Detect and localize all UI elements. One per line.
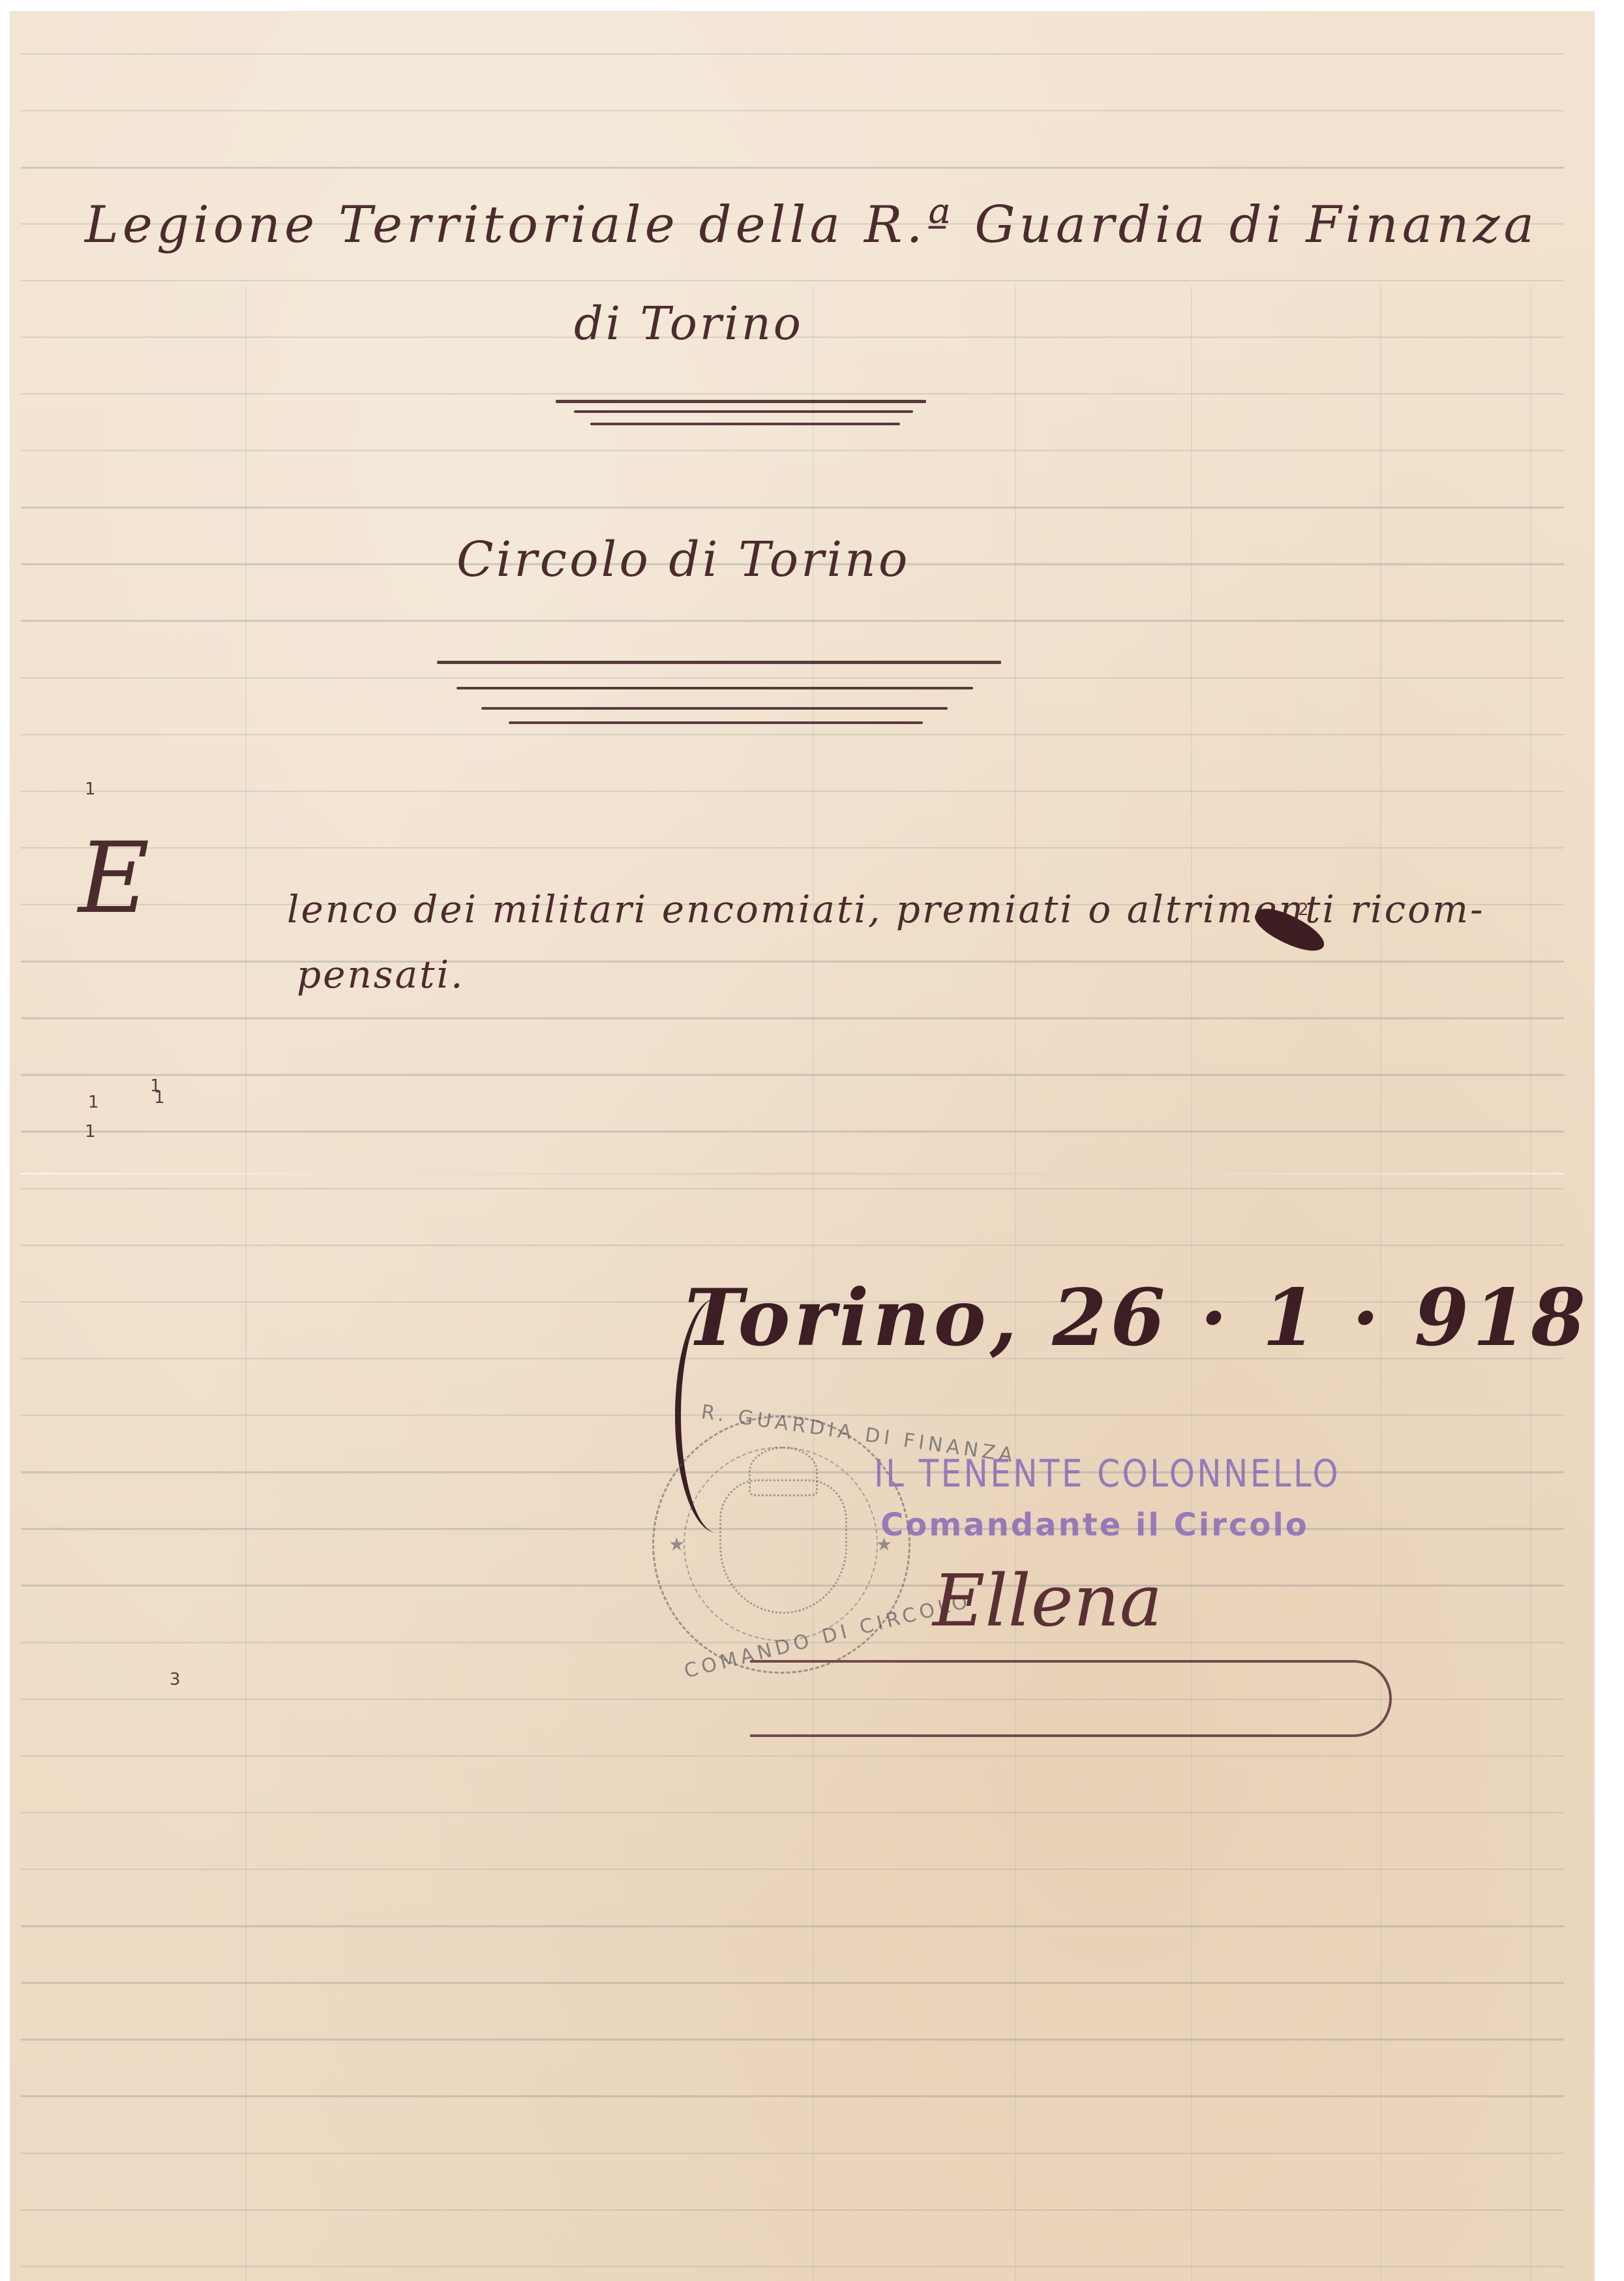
margin-mark: 3	[170, 1670, 181, 1689]
header-title: Legione Territoriale della R.ª Guardia d…	[85, 196, 1538, 254]
section-title: Circolo di Torino	[457, 532, 910, 588]
margin-mark: 1	[85, 779, 96, 799]
shield-icon	[719, 1479, 847, 1614]
place-date: Torino, 26 · 1 · 918	[685, 1272, 1589, 1364]
margin-mark: 1	[85, 1122, 96, 1141]
list-title-initial: E	[78, 822, 150, 935]
star-icon: ★	[669, 1533, 685, 1555]
decorative-rule	[509, 721, 923, 724]
list-title-line2: pensati.	[297, 952, 464, 997]
margin-mark: 2	[1298, 900, 1309, 920]
rank-stamp-line1: IL TENENTE COLONNELLO	[874, 1451, 1340, 1496]
decorative-rule	[574, 410, 913, 413]
decorative-rule	[437, 661, 1001, 664]
document-page	[10, 12, 1594, 2281]
decorative-rule	[556, 400, 926, 403]
column-line	[245, 286, 247, 2281]
decorative-rule	[590, 423, 900, 425]
decorative-rule	[481, 707, 948, 710]
rank-stamp-line2: Comandante il Circolo	[880, 1507, 1309, 1543]
margin-mark: 1	[88, 1093, 99, 1112]
decorative-rule	[457, 687, 973, 689]
margin-mark: 1	[154, 1088, 165, 1108]
header-subtitle: di Torino	[574, 297, 804, 350]
signature-flourish	[750, 1660, 1392, 1737]
paper-fold	[21, 1173, 1564, 1175]
signature: Ellena	[933, 1559, 1162, 1642]
round-seal: R. GUARDIA DI FINANZA COMANDO DI CIRCOLO…	[652, 1415, 910, 1674]
ruled-lines	[21, 12, 1564, 2281]
